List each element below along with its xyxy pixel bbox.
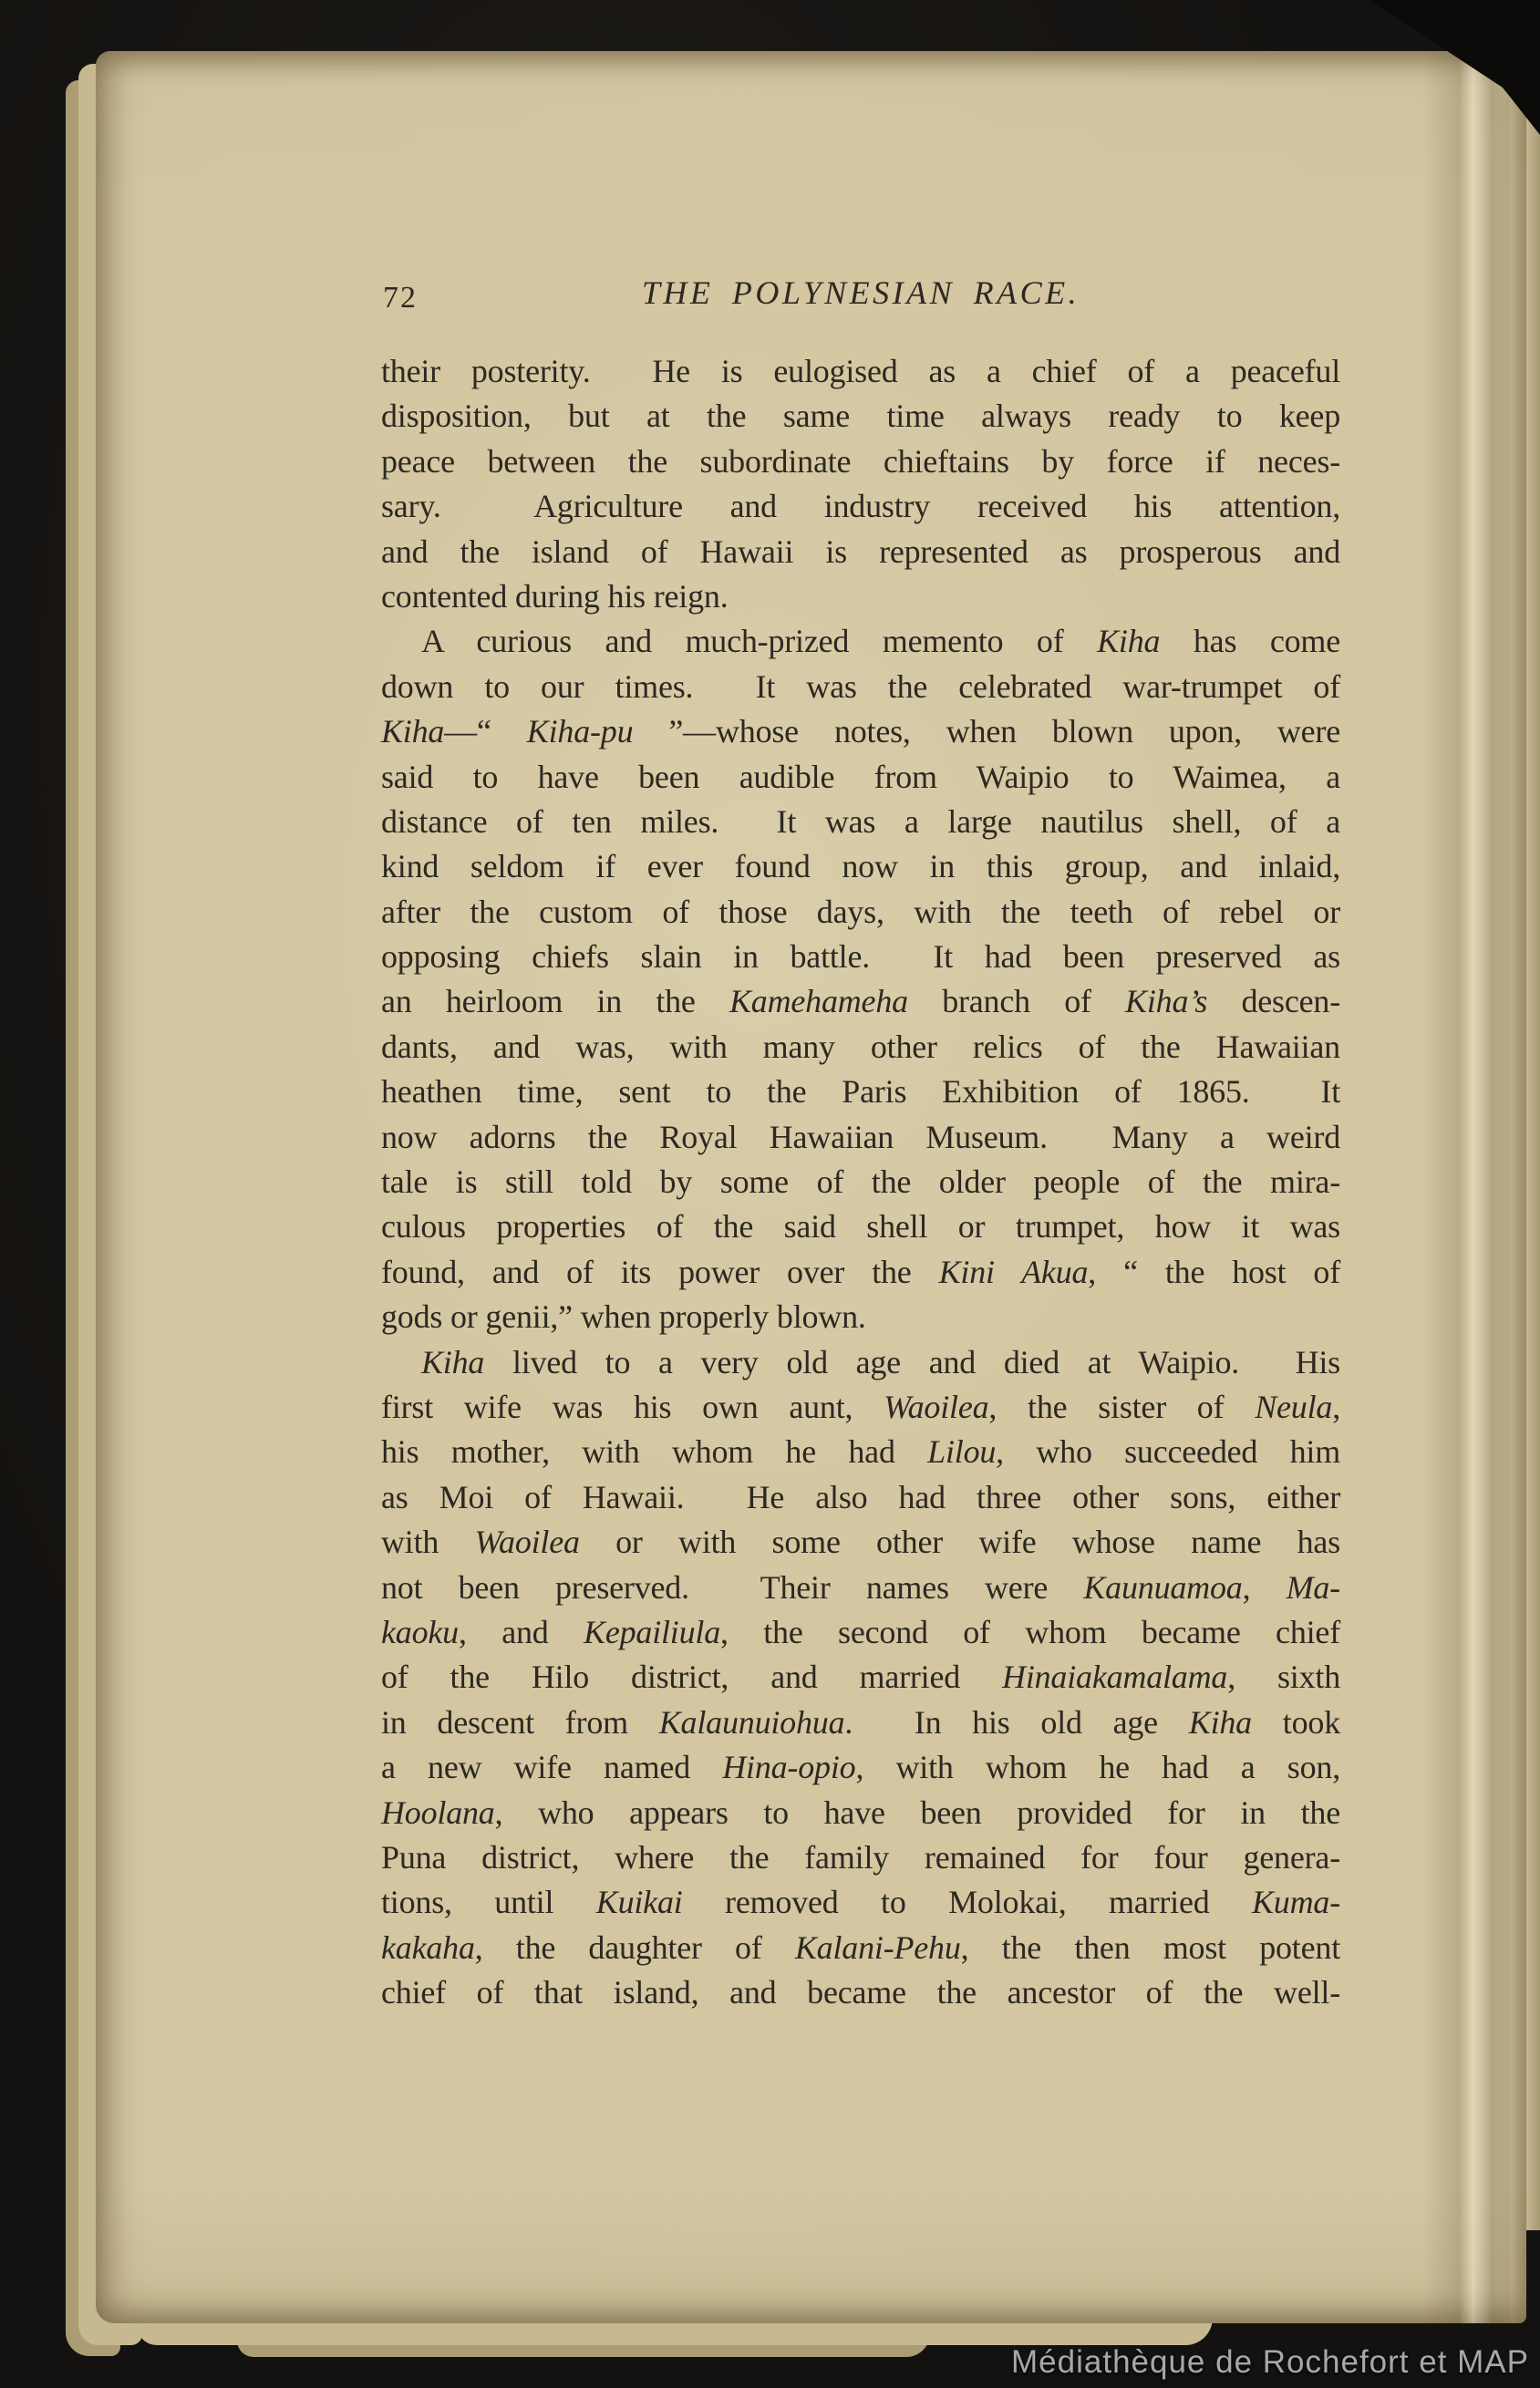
text-line: with Waoilea or with some other wife who… <box>381 1520 1340 1565</box>
text-line: tale is still told by some of the older … <box>381 1160 1340 1204</box>
text-line: their posterity. He is eulogised as a ch… <box>381 349 1340 394</box>
text-line: a new wife named Hina-opio, with whom he… <box>381 1745 1340 1790</box>
paragraph: Kiha lived to a very old age and died at… <box>381 1340 1340 2016</box>
text-line: kakaha, the daughter of Kalani-Pehu, the… <box>381 1926 1340 1970</box>
text-line: an heirloom in the Kamehameha branch of … <box>381 979 1340 1024</box>
text-line: of the Hilo district, and married Hinaia… <box>381 1655 1340 1700</box>
text-line: disposition, but at the same time always… <box>381 394 1340 439</box>
text-line: kind seldom if ever found now in this gr… <box>381 844 1340 889</box>
text-line: not been preserved. Their names were Kau… <box>381 1566 1340 1610</box>
text-line: his mother, with whom he had Lilou, who … <box>381 1430 1340 1474</box>
text-line: peace between the subordinate chieftains… <box>381 439 1340 484</box>
text-line: Kiha—“ Kiha-pu ”—whose notes, when blown… <box>381 709 1340 754</box>
text-line: now adorns the Royal Hawaiian Museum. Ma… <box>381 1115 1340 1160</box>
text-line: sary. Agriculture and industry received … <box>381 484 1340 529</box>
text-line: said to have been audible from Waipio to… <box>381 755 1340 800</box>
text-line: contented during his reign. <box>381 574 1340 619</box>
text-line: gods or genii,” when properly blown. <box>381 1295 1340 1339</box>
text-line: Puna district, where the family remained… <box>381 1835 1340 1880</box>
book-page: 72 THE POLYNESIAN RACE. their posterity.… <box>96 51 1526 2323</box>
running-title: THE POLYNESIAN RACE. <box>381 274 1340 312</box>
text-line: first wife was his own aunt, Waoilea, th… <box>381 1385 1340 1430</box>
paragraph: their posterity. He is eulogised as a ch… <box>381 349 1340 619</box>
text-line: Hoolana, who appears to have been provid… <box>381 1791 1340 1835</box>
text-line: in descent from Kalaunuiohua. In his old… <box>381 1701 1340 1745</box>
page-number: 72 <box>383 281 418 315</box>
watermark: Médiathèque de Rochefort et MAP <box>1011 2344 1529 2381</box>
text-block: their posterity. He is eulogised as a ch… <box>381 349 1340 2015</box>
text-line: tions, until Kuikai removed to Molokai, … <box>381 1880 1340 1925</box>
text-line: A curious and much-prized memento of Kih… <box>381 619 1340 664</box>
photo-background: 72 THE POLYNESIAN RACE. their posterity.… <box>0 0 1540 2388</box>
page-header: 72 THE POLYNESIAN RACE. <box>381 274 1340 325</box>
text-line: after the custom of those days, with the… <box>381 890 1340 935</box>
text-line: Kiha lived to a very old age and died at… <box>381 1340 1340 1385</box>
text-line: kaoku, and Kepailiula, the second of who… <box>381 1610 1340 1655</box>
text-line: distance of ten miles. It was a large na… <box>381 800 1340 844</box>
text-line: down to our times. It was the celebrated… <box>381 665 1340 709</box>
text-line: found, and of its power over the Kini Ak… <box>381 1250 1340 1295</box>
paragraph: A curious and much-prized memento of Kih… <box>381 619 1340 1339</box>
page-crease <box>1422 51 1510 2323</box>
text-line: dants, and was, with many other relics o… <box>381 1025 1340 1070</box>
text-line: culous properties of the said shell or t… <box>381 1204 1340 1249</box>
text-line: heathen time, sent to the Paris Exhibiti… <box>381 1070 1340 1114</box>
text-line: and the island of Hawaii is represented … <box>381 530 1340 574</box>
text-line: opposing chiefs slain in battle. It had … <box>381 935 1340 979</box>
text-line: as Moi of Hawaii. He also had three othe… <box>381 1475 1340 1520</box>
text-line: chief of that island, and became the anc… <box>381 1970 1340 2015</box>
